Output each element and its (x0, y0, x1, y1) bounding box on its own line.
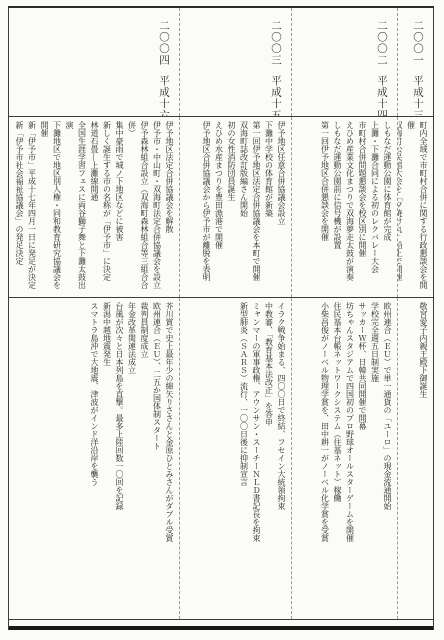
event-text: 敬宮愛子内親王殿下御誕生 (417, 302, 430, 617)
event-text: 林道石畳―上灘線開通 (88, 121, 101, 295)
year-western: 二〇〇四 (158, 20, 169, 66)
event-text: 下灘地区で地区別人権・同和教育研究協議会を開催 (38, 121, 63, 295)
event-text: 新「伊予市社会福祉協議会」の発足決定 (13, 121, 26, 295)
year-2001-header-cell: 二〇〇一平成十三年 (397, 8, 433, 116)
event-text: ミャンマーの軍事政権、アウンサン・スーチーＮＬＤ書記長を拘束 (250, 302, 263, 617)
year-header-row: 二〇〇四平成十六年 二〇〇三平成十五年 二〇〇二平成十四年 二〇〇一平成十三年 (9, 8, 433, 117)
year-label: 二〇〇四平成十六年 (156, 12, 175, 114)
event-text: 坊ちゃんスタジアムで四国初のプロ野球オールスターゲームを開催 (343, 302, 356, 617)
event-text: 伊予市・中山町・双海町法定合併協議会を設立 (150, 121, 163, 295)
national-events-row: 芥川賞で史上最年少の綿矢りささんと金原ひとみさんがダブル受賞 欧州連合（ＥＵ）、… (9, 298, 433, 619)
event-text: 上灘・下灘合同による初のレクバレー大会 (368, 121, 381, 295)
event-text: 第一回伊予地区合併懇談会を開催 (318, 121, 331, 295)
event-text: 小柴昌俊がノーベル物理学賞を、田中耕一がノーベル化学賞を受賞 (318, 302, 331, 617)
event-text: 伊予地区合併協議会から伊予市が離脱を表明 (200, 121, 213, 295)
event-text: 第一回伊予地区法定合併協議会を本町で開催 (250, 121, 263, 295)
year-western: 二〇〇三 (270, 20, 281, 66)
event-text: サッカーＷ杯、日韓共同開催で開幕 (356, 302, 369, 617)
event-text: 新型肺炎（ＳＡＲＳ）流行、一〇〇日後に抑制宣言 (237, 302, 250, 617)
event-text: えひめ水産まつりを豊田漁港で開催 (212, 121, 225, 295)
local-events-2002-cell: しもなだ運動公園に体育館が完成 上灘・下灘合同による初のレクバレー大会 市町村合… (291, 117, 397, 297)
event-text: 新しく誕生する市の名称が「伊予市」に決定 (100, 121, 113, 295)
event-text: イラク戦争始まる、四〇〇日で終結、フセイン大統領拘束 (275, 302, 288, 617)
year-label: 二〇〇二平成十四年 (374, 12, 393, 114)
year-western: 二〇〇二 (376, 20, 387, 66)
national-events-2001-cell: 敬宮愛子内親王殿下御誕生 (397, 298, 433, 619)
event-text: えひめ産業文化まつりで双海夢走太鼓が演奏 (343, 121, 356, 295)
event-text: 全国生涯学習フェスに両谷獅子舞と下灘太鼓出演 (63, 121, 88, 295)
national-events-2004-cell: 芥川賞で史上最年少の綿矢りささんと金原ひとみさんがダブル受賞 欧州連合（ＥＵ）、… (9, 298, 179, 619)
event-text: 芥川賞で史上最年少の綿矢りささんと金原ひとみさんがダブル受賞 (163, 302, 176, 617)
national-events-2002-cell: 欧州連合（ＥＵ）で単一通貨の「ユーロ」の現金流通開始 学校完全週五日制実施 サッ… (291, 298, 397, 619)
year-era: 平成十三年 (412, 66, 423, 116)
event-text: 住民基本台帳ネットワークシステム（住基ネット）稼働 (331, 302, 344, 617)
event-text: 双海町公民館大会を「夕焼け丸」船上で開催 (397, 121, 404, 295)
event-text: 双海町誌改訂版編さん開始 (237, 121, 250, 295)
year-label: 二〇〇一平成十三年 (410, 12, 429, 114)
year-2002-header-cell: 二〇〇二平成十四年 (291, 8, 397, 116)
event-text: 学校完全週五日制実施 (368, 302, 381, 617)
scanned-chronology-page: 二〇〇四平成十六年 二〇〇三平成十五年 二〇〇二平成十四年 二〇〇一平成十三年 … (0, 0, 444, 640)
event-text: しもなだ運動公園に体育館が完成 (381, 121, 394, 295)
event-text: 下灘中学校の体育館が新築 (262, 121, 275, 295)
event-text: 新潟中越地震発生 (100, 302, 113, 617)
local-events-row: 伊予地区法定合併協議会を解散 伊予市・中山町・双海町法定合併協議会を設立 伊予森… (9, 117, 433, 298)
year-western: 二〇〇一 (412, 20, 423, 66)
year-2004-header-cell: 二〇〇四平成十六年 (9, 8, 179, 116)
event-text: 欧州連合（ＥＵ）で単一通貨の「ユーロ」の現金流通開始 (381, 302, 394, 617)
event-text: 年金改革関連法成立 (125, 302, 138, 617)
national-events-2003-cell: イラク戦争始まる、四〇〇日で終結、フセイン大統領拘束 中教審、「教育基本法改正」… (179, 298, 291, 619)
event-text: 町内全域で市町村合併に関する行政懇談会を開催 (404, 121, 429, 295)
bottom-thin-rule (9, 619, 433, 626)
year-era: 平成十六年 (158, 66, 169, 116)
year-2003-header-cell: 二〇〇三平成十五年 (179, 8, 291, 116)
chronology-table: 二〇〇四平成十六年 二〇〇三平成十五年 二〇〇二平成十四年 二〇〇一平成十三年 … (8, 6, 434, 630)
event-text: しもなだ運動公園前に信号機が設置 (331, 121, 344, 295)
event-text: 市町村合併問題懇談会を校区別に開催 (356, 121, 369, 295)
event-text: 集中豪雨で城ノ下地区などに被害 (113, 121, 126, 295)
event-text: 台風が次々と日本列島を直撃。最多上陸回数一〇回を記録 (113, 302, 126, 617)
event-text: 伊予地区任意合併協議会設立 (275, 121, 288, 295)
event-text: 伊予地区法定合併協議会を解散 (163, 121, 176, 295)
year-era: 平成十四年 (376, 66, 387, 116)
event-text: 裁判員制度成立 (138, 302, 151, 617)
event-text: 初の女性消防団員誕生 (225, 121, 238, 295)
event-text: スマトラ島沖で大地震、津波がインド洋沿岸を襲う (88, 302, 101, 617)
year-era: 平成十五年 (270, 66, 281, 116)
event-text: 伊予森林組合設立（双海町森林組合等三組合合併） (125, 121, 150, 295)
event-text: 欧州連合（ＥＵ）、二五か国体制スタート (150, 302, 163, 617)
event-text: 新「伊予市」平成十七年四月一日に発足が決定 (25, 121, 38, 295)
local-events-2004-cell: 伊予地区法定合併協議会を解散 伊予市・中山町・双海町法定合併協議会を設立 伊予森… (9, 117, 179, 297)
event-text: 中教審、「教育基本法改正」を答申 (262, 302, 275, 617)
local-events-2003-cell: 伊予地区任意合併協議会設立 下灘中学校の体育館が新築 第一回伊予地区法定合併協議… (179, 117, 291, 297)
year-label: 二〇〇三平成十五年 (268, 12, 287, 114)
local-events-2001-cell: 町内全域で市町村合併に関する行政懇談会を開催 双海町公民館大会を「夕焼け丸」船上… (397, 117, 433, 297)
bottom-thick-rule (9, 626, 433, 630)
